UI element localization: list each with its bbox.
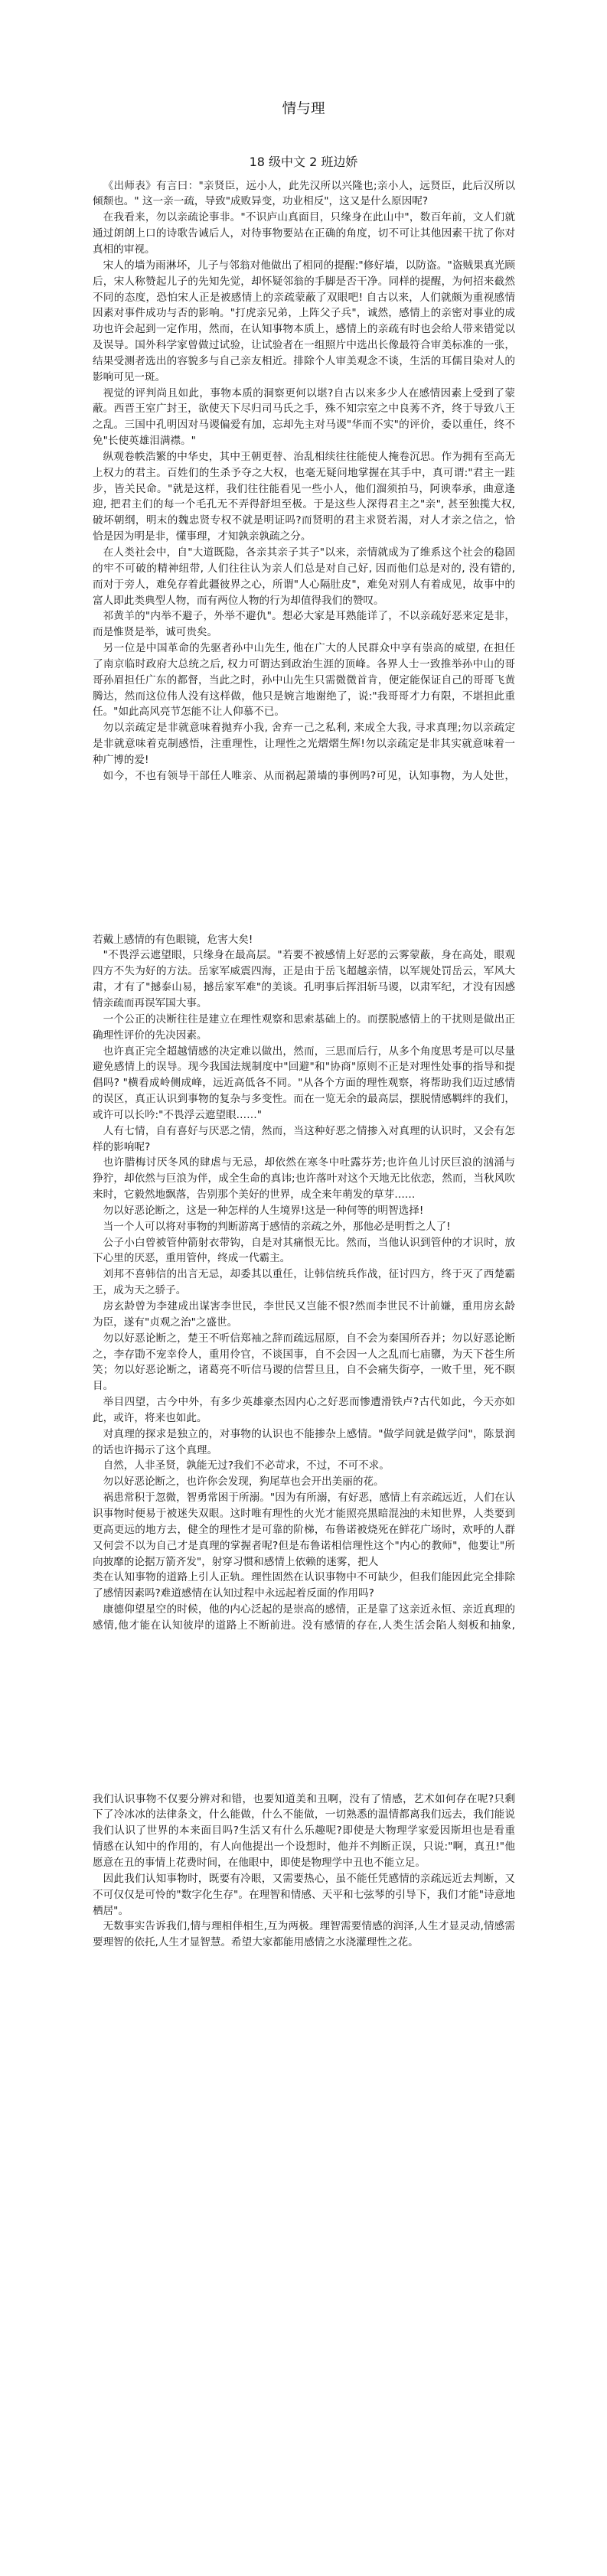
author-byline: 18 级中文 2 班边娇 bbox=[0, 153, 607, 171]
text-line: 房玄龄曾为李建成出谋害李世民，李世民又岂能不恨?然而李世民不计前嫌，重用房玄龄 bbox=[93, 1299, 515, 1315]
text-line: 狰狞，却依然与巨浪为伴，成全生命的真讳;也许落叶对这个天地无比依恋，然而，当秋风… bbox=[93, 1171, 515, 1187]
paragraph: 无数事实告诉我们,情与理相伴相生,互为两极。理智需要情感的润泽,人生才显灵动,情… bbox=[93, 1919, 515, 1951]
text-line: 了南京临时政府大总统之后, 权力可谓达到政治生涯的顶峰。各界人士一致推举孙中山的… bbox=[93, 657, 515, 673]
text-line: 下心里的厌恶，重用管仲，终成一代霸主。 bbox=[93, 1251, 515, 1267]
text-line: 情亲疏而再误军国大事。 bbox=[93, 996, 515, 1012]
paragraph: 因此我们认知事物时，既要有冷眼，又需要热心，虽不能任凭感情的亲疏远近去判断，又 … bbox=[93, 1871, 515, 1919]
text-line: 真相的审视。 bbox=[93, 242, 515, 258]
paragraph: 房玄龄曾为李建成出谋害李世民，李世民又岂能不恨?然而李世民不计前嫌，重用房玄龄 … bbox=[93, 1299, 515, 1331]
text-line: 而是惟贤是举，诚可贵矣。 bbox=[93, 624, 515, 641]
text-line: 也许真正完全超越情感的决定难以做出，然而，三思而后行，从多个角度思考是可以尽量 bbox=[93, 1044, 515, 1060]
text-line: 类在认知事物的道路上引人正轨。理性固然在认识事物中不可缺少，但我们能因此完全排除 bbox=[93, 1570, 515, 1586]
paragraph: 也许真正完全超越情感的决定难以做出，然而，三思而后行，从多个角度思考是可以尽量 … bbox=[93, 1044, 515, 1123]
text-line: 我们认识了世界的本来面目吗?生活又有什么乐趣呢?即使是大物理学家爱因斯坦也是看重 bbox=[93, 1823, 515, 1839]
text-line: 为臣，遂有"贞观之治"之盛世。 bbox=[93, 1315, 515, 1331]
paragraph: 也许腊梅讨厌冬风的肆虐与无忌，却依然在寒冬中吐露芬芳;也许鱼儿讨厌巨浪的汹涌与 … bbox=[93, 1155, 515, 1203]
text-line: 四方不失为好的方法。岳家军威震四海，正是由于岳飞超越亲情，以军规处罚岳云，军风大 bbox=[93, 964, 515, 980]
paragraph: 勿以亲疏定是非就意味着抛弃小我, 舍弃一己之私利, 来成全大我, 寻求真理;勿以… bbox=[93, 720, 515, 768]
text-line: 勿以好恶论断之，这是一种怎样的人生境界!这是一种何等的明智选择! bbox=[93, 1203, 515, 1219]
text-line: 自然，人非圣贤，孰能无过?我们不必苛求，不过，不可不求。 bbox=[93, 1458, 515, 1474]
paragraph: 祁黄羊的"内举不避子，外举不避仇"。想必大家是耳熟能详了，不以亲疏好恶来定是非，… bbox=[93, 608, 515, 641]
paragraph: 举目四望，古今中外，有多少英雄豪杰因内心之好恶而惨遭滑铁卢?古代如此，今天亦如 … bbox=[93, 1394, 515, 1427]
text-line: 腾达，然而这位伟人没有这样做，他只是婉言地谢绝了，说:"我哥哥才力有限，不堪担此… bbox=[93, 689, 515, 705]
text-line: 感情,他才能在认知彼岸的道路上不断前进。没有感情的存在,人类生活会陷人刻板和抽象… bbox=[93, 1618, 515, 1634]
text-line: 倡吗? "横看成岭侧成峰，远近高低各不同。"从各个方面的理性观察，将帮助我们迈过… bbox=[93, 1075, 515, 1091]
text-line: 一个公正的决断往往是建立在理性观察和思索基础上的。而摆脱感情上的干扰则是做出正 bbox=[93, 1012, 515, 1028]
page-2: 若戴上感情的有色眼镜，危害大矣! "不畏浮云遮望眼，只缘身在最高层。"若要不被感… bbox=[0, 859, 607, 1717]
text-line: 避免感情上的误导。现今我国法规制度中"回避"和"协商"原则不正是对理性处事的指导… bbox=[93, 1059, 515, 1075]
text-line: 确理性评价的先决因素。 bbox=[93, 1028, 515, 1044]
paragraph: 勿以好恶论断之，也许你会发现，狗尾草也会开出美丽的花。 bbox=[93, 1474, 515, 1490]
text-line: 举目四望，古今中外，有多少英雄豪杰因内心之好恶而惨遭滑铁卢?古代如此，今天亦如 bbox=[93, 1394, 515, 1410]
text-line: 愿意在丑的事情上花费时间，在他眼中，即使是物理学中丑也不能立足。 bbox=[93, 1855, 515, 1871]
text-line: 因此我们认知事物时，既要有冷眼，又需要热心，虽不能任凭感情的亲疏远近去判断，又 bbox=[93, 1871, 515, 1887]
paragraph: 勿以好恶论断之，楚王不听信郑袖之辞而疏远屈原，自不会为秦国所吞并；勿以好恶论断 … bbox=[93, 1331, 515, 1394]
text-line: 的牢不可破的精神纽带, 人们往往认为亲人们总是对自己好, 因而他们总是对的, 没… bbox=[93, 561, 515, 577]
text-line: 因素对事件成功与否的影响。"打虎亲兄弟，上阵父子兵"，诚然，感情上的亲密对事业的… bbox=[93, 305, 515, 321]
paragraph: 对真理的探求是独立的，对事物的认识也不能掺杂上感情。"做学问就是做学问"，陈景润… bbox=[93, 1427, 515, 1459]
paragraph: 公子小白曾被管仲箭射衣带钩，自是对其痛恨无比。然而，当他认识到管仲的才识时，放 … bbox=[93, 1235, 515, 1267]
document-title: 情与理 bbox=[0, 99, 607, 120]
text-line: 不同的态度，恐怕宋人正是被感情上的亲疏蒙蔽了双眼吧! 自古以来，人们就颇为重视感… bbox=[93, 290, 515, 306]
text-line: 勿以亲疏定是非就意味着抛弃小我, 舍弃一己之私利, 来成全大我, 寻求真理;勿以… bbox=[93, 720, 515, 736]
text-line: 此，或许，将来也如此。 bbox=[93, 1410, 515, 1427]
text-line: 恰是因为明是非，懂事理，才知孰亲孰疏之分。 bbox=[93, 529, 515, 545]
text-line: 勿以好恶论断之，也许你会发现，狗尾草也会开出美丽的花。 bbox=[93, 1474, 515, 1490]
text-line: 功也许会起到一定作用，然而，在认知事物本质上，感情上的亲疏有时也会给人带来错觉以 bbox=[93, 321, 515, 337]
paragraph: 在我看来，勿以亲疏论事非。"不识庐山真面目，只缘身在此山中"，数百年前，文人们就… bbox=[93, 210, 515, 258]
paragraph: 如今，不也有领导干部任人唯亲、从而祸起萧墙的事例吗?可见，认知事物，为人处世， bbox=[93, 768, 515, 784]
paragraph: 祸患常积于忽微，智勇常困于所溺。"因为有所溺，有好恶，感情上有亲疏远近，人们在认… bbox=[93, 1490, 515, 1602]
text-line: 人有七情，自有喜好与厌恶之情，然而，当这种好恶之情掺入对真理的认识时，又会有怎 bbox=[93, 1123, 515, 1140]
text-line: 祸患常积于忽微，智勇常困于所溺。"因为有所溺，有好恶，感情上有亲疏远近，人们在认 bbox=[93, 1490, 515, 1506]
text-line: 勿以好恶论断之，楚王不听信郑袖之辞而疏远屈原，自不会为秦国所吞并；勿以好恶论断 bbox=[93, 1331, 515, 1347]
paragraph: 刘邦不喜韩信的出言无忌，却委其以重任，让韩信统兵作战，征讨四方，终于灭了西楚霸 … bbox=[93, 1267, 515, 1299]
text-line: 肃，才有了"撼泰山易，撼岳家军难"的美谈。孔明事后挥泪斩马谡，以肃军纪，才没有因… bbox=[93, 980, 515, 996]
text-line: 如今，不也有领导干部任人唯亲、从而祸起萧墙的事例吗?可见，认知事物，为人处世， bbox=[93, 768, 515, 784]
text-line: 也许腊梅讨厌冬风的肆虐与无忌，却依然在寒冬中吐露芬芳;也许鱼儿讨厌巨浪的汹涌与 bbox=[93, 1155, 515, 1171]
text-line: 之乱。三国中孔明因对马谡偏爱有加，忘却先主对马谡"华而不实"的评价，委以重任，终… bbox=[93, 417, 515, 433]
paragraph: 若戴上感情的有色眼镜，危害大矣! bbox=[93, 932, 515, 948]
paragraph: 勿以好恶论断之，这是一种怎样的人生境界!这是一种何等的明智选择! bbox=[93, 1203, 515, 1219]
text-line: 样的影响呢? bbox=[93, 1140, 515, 1156]
text-line: 栖居"。 bbox=[93, 1903, 515, 1919]
text-line: 情感在认知中的作用的，有人向他提出一个设想时，他并不判断正误，只说:"啊，真丑!… bbox=[93, 1839, 515, 1855]
text-line: 蔽。西晋王室广封王，欲使天下尽归司马氏之手，殊不知宗室之中良莠不齐，终于导致八王 bbox=[93, 401, 515, 417]
paragraph: 宋人的墙为雨淋坏，儿子与邻翁对他做出了相同的提醒:"修好墙，以防盗。"盗贼果真光… bbox=[93, 258, 515, 386]
text-line: 纵观卷帙浩繁的中华史，其中王朝更替、治乱相续往往能使人掩卷沉思。作为拥有至高无 bbox=[93, 449, 515, 465]
text-line: 当一个人可以将对事物的判断游离于感情的亲疏之外，那他必是明哲之人了! bbox=[93, 1219, 515, 1235]
text-line: 种广博的爱! bbox=[93, 752, 515, 768]
text-line: 任。"如此高风亮节怎能不让人仰慕不已。 bbox=[93, 704, 515, 720]
text-line: 通过朗朗上口的诗歌告诫后人，对待事物要站在正确的角度，切不可让其他因素干扰了你对 bbox=[93, 226, 515, 242]
text-line: 向披靡的论据万箭齐发"，射穿习惯和感情上依赖的迷雾，把人 bbox=[93, 1554, 515, 1570]
text-line: 王，成为天之骄子。 bbox=[93, 1283, 515, 1299]
text-line: 了感情因素吗?难道感情在认知过程中永远起着反面的作用吗? bbox=[93, 1586, 515, 1602]
text-line: 是非就意味着克制感悟，注重理性，让理性之光熠熠生辉!勿以亲疏定是非其实就意味着一 bbox=[93, 736, 515, 752]
text-line: 来时，它毅然地飘落，告别那个美好的世界，成全来年萌发的草芽…… bbox=[93, 1187, 515, 1203]
text-line: 后，宋人称赞起儿子的先知先觉，却怀疑邻翁的手脚是否干净。同样的提醒，为何招来截然 bbox=[93, 274, 515, 290]
text-line: 宋人的墙为雨淋坏，儿子与邻翁对他做出了相同的提醒:"修好墙，以防盗。"盗贼果真光… bbox=[93, 258, 515, 274]
paragraph: "不畏浮云遮望眼，只缘身在最高层。"若要不被感情上好恶的云雾蒙蔽，身在高处，眼观… bbox=[93, 947, 515, 1011]
paragraph: 一个公正的决断往往是建立在理性观察和思索基础上的。而摆脱感情上的干扰则是做出正 … bbox=[93, 1012, 515, 1044]
text-line: 要理智的依托,人生才显智慧。希望大家都能用感情之水浇灌理性之花。 bbox=[93, 1935, 515, 1951]
text-line: 哥孙眉担任广东的都督，当此之时，孙中山先生只需微微首肯，便定能保证自己的哥哥飞黄 bbox=[93, 673, 515, 689]
text-line: 若戴上感情的有色眼镜，危害大矣! bbox=[93, 932, 515, 948]
text-line: 祁黄羊的"内举不避子，外举不避仇"。想必大家是耳熟能详了，不以亲疏好恶来定是非， bbox=[93, 608, 515, 624]
text-line: 结果受测者选出的容貌多与自己亲友相近。排除个人审美观念不谈，生活的耳儒目染对人的 bbox=[93, 354, 515, 370]
paragraph: 视觉的评判尚且如此，事物本质的洞察更何以堪?自古以来多少人在感情因素上受到了蒙 … bbox=[93, 386, 515, 449]
text-line: 的误区，真正认识到事物的复杂与多变性。而在一览无余的最高层，摆脱情感羁绊的我们， bbox=[93, 1091, 515, 1107]
paragraph: 纵观卷帙浩繁的中华史，其中王朝更替、治乱相续往往能使人掩卷沉思。作为拥有至高无 … bbox=[93, 449, 515, 545]
text-line: 识事物时便易于被迷失双眼。这时唯有理性的火光才能照亮黑暗混浊的未知世界，人类要到 bbox=[93, 1506, 515, 1522]
text-line: 富人即此类典型人物，而有两位人物的行为却值得我们的赞叹。 bbox=[93, 593, 515, 609]
paragraph: 我们认识事物不仅要分辨对和错，也要知道美和丑啊，没有了情感，艺术如何存在呢?只剩… bbox=[93, 1792, 515, 1871]
text-line: 及误导。国外科学家曾做过试验，让试验者在一组照片中选出长像最符合审美标准的一张， bbox=[93, 337, 515, 354]
text-line: 之，李存勖不宠幸伶人，重用伶官，不谈国事，自不会因一人之乱而七庙隳，为天下苍生所 bbox=[93, 1347, 515, 1363]
text-line: 影响可见一斑。 bbox=[93, 370, 515, 386]
text-line: 而对于旁人，难免存着此疆彼界之心，所谓"人心隔肚皮"，难免对别人有着成见，故事中… bbox=[93, 577, 515, 593]
text-line: 迎, 把君主们的每一个毛孔无不弄得舒坦至极。于是这些人深得君主之"亲", 甚至独… bbox=[93, 497, 515, 513]
text-line: 或许可以长吟:"不畏浮云遮望眼……" bbox=[93, 1107, 515, 1123]
text-line: 公子小白曾被管仲箭射衣带钩，自是对其痛恨无比。然而，当他认识到管仲的才识时，放 bbox=[93, 1235, 515, 1251]
page-body: 我们认识事物不仅要分辨对和错，也要知道美和丑啊，没有了情感，艺术如何存在呢?只剩… bbox=[93, 1792, 515, 1951]
text-line: 在我看来，勿以亲疏论事非。"不识庐山真面目，只缘身在此山中"，数百年前，文人们就 bbox=[93, 210, 515, 226]
page-body: 若戴上感情的有色眼镜，危害大矣! "不畏浮云遮望眼，只缘身在最高层。"若要不被感… bbox=[93, 932, 515, 1634]
text-line: 上权力的君主。百姓们的生杀予夺之大权，也毫无疑问地掌握在其手中，真可谓:"君主一… bbox=[93, 465, 515, 481]
text-line: 更高更远的地方去，健全的理性才是可靠的阶梯，布鲁诺被烧死在鲜花广场时，欢呼的人群 bbox=[93, 1522, 515, 1538]
page-3: 我们认识事物不仅要分辨对和错，也要知道美和丑啊，没有了情感，艺术如何存在呢?只剩… bbox=[0, 1717, 607, 2576]
text-line: 刘邦不喜韩信的出言无忌，却委其以重任，让韩信统兵作战，征讨四方，终于灭了西楚霸 bbox=[93, 1267, 515, 1283]
paragraph: 人有七情，自有喜好与厌恶之情，然而，当这种好恶之情掺入对真理的认识时，又会有怎 … bbox=[93, 1123, 515, 1156]
text-line: 另一位是中国革命的先驱者孙中山先生, 他在广大的人民群众中享有崇高的威望, 在担… bbox=[93, 641, 515, 657]
paragraph: 另一位是中国革命的先驱者孙中山先生, 他在广大的人民群众中享有崇高的威望, 在担… bbox=[93, 641, 515, 720]
text-line: 在人类社会中，自"大道既隐，各亲其亲子其子"以来，亲情就成为了维系这个社会的稳固 bbox=[93, 545, 515, 561]
paragraph: 当一个人可以将对事物的判断游离于感情的亲疏之外，那他必是明哲之人了! bbox=[93, 1219, 515, 1235]
text-line: 又何尝不以为自己才是真理的掌握者呢?但是布鲁诺相信理性这个"内心的教师"，他要让… bbox=[93, 1538, 515, 1554]
page-1: 情与理 18 级中文 2 班边娇 《出师表》有言曰："亲贤臣，远小人，此先汉所以… bbox=[0, 0, 607, 859]
paragraph: 康德仰望星空的时候，他的内心泛起的是崇高的感情，正是靠了这亲近永恒、亲近真理的 … bbox=[93, 1602, 515, 1634]
text-line: 倾颓也。" 这一亲一疏，导致"成败异变，功业相反"，这又是什么原因呢? bbox=[93, 194, 515, 210]
text-line: 视觉的评判尚且如此，事物本质的洞察更何以堪?自古以来多少人在感情因素上受到了蒙 bbox=[93, 386, 515, 402]
text-line: "不畏浮云遮望眼，只缘身在最高层。"若要不被感情上好恶的云雾蒙蔽，身在高处，眼观 bbox=[93, 947, 515, 964]
text-line: 笑；勿以好恶论断之，诸葛亮不听信马谡的信誓旦且，自不会痛失街亭，一败千里，死不瞑 bbox=[93, 1362, 515, 1378]
text-line: 《出师表》有言曰："亲贤臣，远小人，此先汉所以兴隆也;亲小人，远贤臣，此后汉所以 bbox=[93, 178, 515, 194]
text-line: 康德仰望星空的时候，他的内心泛起的是崇高的感情，正是靠了这亲近永恒、亲近真理的 bbox=[93, 1602, 515, 1618]
text-line: 无数事实告诉我们,情与理相伴相生,互为两极。理智需要情感的润泽,人生才显灵动,情… bbox=[93, 1919, 515, 1935]
text-line: 的话也许揭示了这个真理。 bbox=[93, 1443, 515, 1459]
text-line: 目。 bbox=[93, 1378, 515, 1394]
paragraph: 自然，人非圣贤，孰能无过?我们不必苛求，不过，不可不求。 bbox=[93, 1458, 515, 1474]
text-line: 破坏朝纲，明末的魏忠贤专权不就是明证吗?而贤明的君主求贤若渴，对人才亲之信之，恰 bbox=[93, 513, 515, 529]
text-line: 下了冷冰冰的法律条文，什么能做，什么不能做，一切熟悉的温情都离我们远去，我们能说 bbox=[93, 1807, 515, 1823]
text-line: 我们认识事物不仅要分辨对和错，也要知道美和丑啊，没有了情感，艺术如何存在呢?只剩 bbox=[93, 1792, 515, 1808]
paragraph: 在人类社会中，自"大道既隐，各亲其亲子其子"以来，亲情就成为了维系这个社会的稳固… bbox=[93, 545, 515, 608]
text-line: 不可仅仅是可怜的"数字化生存"。在理智和情感、天平和七弦琴的引导下，我们才能"诗… bbox=[93, 1887, 515, 1903]
text-line: 步，皆关民命。"就是这样，我们往往能看见一些小人，他们溜须拍马，阿谀奉承，曲意逢 bbox=[93, 481, 515, 497]
text-line: 免"长使英雄泪满襟。" bbox=[93, 433, 515, 449]
paragraph: 《出师表》有言曰："亲贤臣，远小人，此先汉所以兴隆也;亲小人，远贤臣，此后汉所以… bbox=[93, 178, 515, 210]
text-line: 对真理的探求是独立的，对事物的认识也不能掺杂上感情。"做学问就是做学问"，陈景润 bbox=[93, 1427, 515, 1443]
page-body: 《出师表》有言曰："亲贤臣，远小人，此先汉所以兴隆也;亲小人，远贤臣，此后汉所以… bbox=[93, 178, 515, 784]
